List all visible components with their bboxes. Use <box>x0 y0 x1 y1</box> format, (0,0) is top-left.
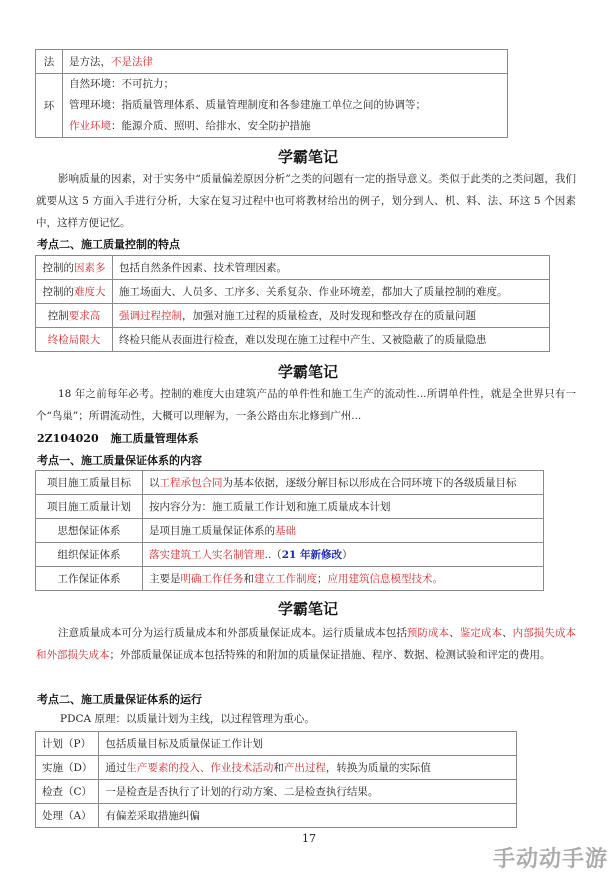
pdca-principle: PDCA 原理：以质量计划为主线，以过程管理为重心。 <box>60 711 315 726</box>
text-segment: 难度大 <box>74 286 106 298</box>
text-segment: 通过 <box>105 762 126 774</box>
text-segment: ） <box>342 549 353 561</box>
page-number: 17 <box>302 832 316 845</box>
row-label: 思想保证体系 <box>36 519 143 543</box>
table-row: 处理（A） 有偏差采取措施纠偏 <box>36 804 517 828</box>
content-line: 管理环境：指质量管理体系、质量管理制度和各参建施工单位之间的协调等； <box>69 95 501 116</box>
row-content: 终检只能从表面进行检查，难以发现在施工过程中产生、又被隐蔽了的质量隐患 <box>113 328 550 352</box>
text-segment: 包括自然条件因素、技术管理因素。 <box>119 262 287 274</box>
text-segment: 管理环境：指质量管理体系、质量管理制度和各参建施工单位之间的协调等； <box>69 99 426 111</box>
content-line: 作业环境：能源介质、照明、给排水、安全防护措施 <box>69 116 501 137</box>
text-segment: ：能源介质、照明、给排水、安全防护措施 <box>111 120 311 132</box>
text-segment: 为基本依据，逐级分解目标以形成在合同环境下的各级质量目标 <box>223 477 517 489</box>
text-segment: 21 年新修改 <box>282 549 342 561</box>
table-row: 思想保证体系 是项目施工质量保证体系的基础 <box>36 519 544 543</box>
row-content: 施工场面大、人员多、工序多、关系复杂、作业环境差，都加大了质量控制的难度。 <box>113 280 550 304</box>
text-segment: 按内容分为：施工质量工作计划和施工质量成本计划 <box>149 501 391 513</box>
chapter-code: 2Z104020 <box>37 432 99 445</box>
row-label: 控制要求高 <box>36 304 113 328</box>
row-content: 通过生产要素的投入、作业技术活动和产出过程，转换为质量的实际值 <box>99 756 517 780</box>
section-heading: 考点二、施工质量控制的特点 <box>37 236 180 252</box>
row-label: 控制的难度大 <box>36 280 113 304</box>
text-segment: 鉴定成本 <box>460 627 502 639</box>
table-row: 计划（P） 包括质量目标及质量保证工作计划 <box>36 732 517 756</box>
row-label: 项目施工质量计划 <box>36 495 143 519</box>
table-row: 工作保证体系 主要是明确工作任务和建立工作制度；应用建筑信息模型技术。 <box>36 567 544 591</box>
text-segment: ..（ <box>265 549 282 561</box>
text-segment: 落实建筑工人实名制管理 <box>149 549 265 561</box>
table-row: 控制要求高 强调过程控制，加强对施工过程的质量检查，及时发现和整改存在的质量问题 <box>36 304 550 328</box>
text-segment: 基础 <box>275 525 296 537</box>
text-segment: 包括质量目标及质量保证工作计划 <box>105 738 263 750</box>
note-title: 学霸笔记 <box>0 146 616 167</box>
text-segment: 是方法， <box>69 56 111 68</box>
text-segment: 终检只能从表面进行检查，难以发现在施工过程中产生、又被隐蔽了的质量隐患 <box>119 334 487 346</box>
content-line: 自然环境：不可抗力； <box>69 74 501 95</box>
text-segment: 强调过程控制 <box>119 310 182 322</box>
row-label: 工作保证体系 <box>36 567 143 591</box>
table-row-environment: 环 自然环境：不可抗力； 管理环境：指质量管理体系、质量管理制度和各参建施工单位… <box>36 74 508 138</box>
row-content: 按内容分为：施工质量工作计划和施工质量成本计划 <box>143 495 544 519</box>
row-content: 以工程承包合同为基本依据，逐级分解目标以形成在合同环境下的各级质量目标 <box>143 471 544 495</box>
text-segment: 终检局限大 <box>48 334 101 346</box>
text-segment: 施工场面大、人员多、工序多、关系复杂、作业环境差，都加大了质量控制的难度。 <box>119 286 508 298</box>
note-paragraph: 18 年之前每年必考。控制的难度大由建筑产品的单件性和施工生产的流动性...所谓… <box>36 383 576 427</box>
text-segment: 、 <box>502 627 513 639</box>
text-segment: 明确工作任务 <box>181 573 244 585</box>
text-segment: 作业环境 <box>69 120 111 132</box>
note-paragraph: 影响质量的因素，对于实务中“质量偏差原因分析”之类的问题有一定的指导意义。类似于… <box>36 168 576 234</box>
table-pdca-cycle: 计划（P） 包括质量目标及质量保证工作计划 实施（D） 通过生产要素的投入、作业… <box>35 731 517 828</box>
table-row: 组织保证体系 落实建筑工人实名制管理..（21 年新修改） <box>36 543 544 567</box>
row-content: 落实建筑工人实名制管理..（21 年新修改） <box>143 543 544 567</box>
row-label: 法 <box>36 50 63 74</box>
text-segment: 和 <box>244 573 255 585</box>
row-content: 主要是明确工作任务和建立工作制度；应用建筑信息模型技术。 <box>143 567 544 591</box>
text-segment: 控制 <box>48 310 69 322</box>
text-segment: 一是检查是否执行了计划的行动方案、二是检查执行结果。 <box>105 786 378 798</box>
row-content: 是方法，不是法律 <box>63 50 508 74</box>
row-label: 计划（P） <box>36 732 99 756</box>
chapter-heading: 2Z104020施工质量管理体系 <box>37 430 199 446</box>
row-content: 一是检查是否执行了计划的行动方案、二是检查执行结果。 <box>99 780 517 804</box>
text-segment: 和 <box>273 762 284 774</box>
text-segment: 控制的 <box>43 262 75 274</box>
text-segment: 注意质量成本可分为运行质量成本和外部质量保证成本。运行质量成本包括 <box>58 627 407 639</box>
row-label: 终检局限大 <box>36 328 113 352</box>
row-content: 自然环境：不可抗力； 管理环境：指质量管理体系、质量管理制度和各参建施工单位之间… <box>63 74 508 138</box>
table-row: 检查（C） 一是检查是否执行了计划的行动方案、二是检查执行结果。 <box>36 780 517 804</box>
text-segment: 不是法律 <box>111 56 153 68</box>
table-quality-control-characteristics: 控制的因素多 包括自然条件因素、技术管理因素。 控制的难度大 施工场面大、人员多… <box>35 255 550 352</box>
table-row: 实施（D） 通过生产要素的投入、作业技术活动和产出过程，转换为质量的实际值 <box>36 756 517 780</box>
section-heading: 考点一、施工质量保证体系的内容 <box>37 452 202 468</box>
chapter-title: 施工质量管理体系 <box>111 432 199 445</box>
row-label: 处理（A） <box>36 804 99 828</box>
text-segment: 是项目施工质量保证体系的 <box>149 525 275 537</box>
text-segment: ； <box>317 573 328 585</box>
text-segment: 建立工作制度 <box>254 573 317 585</box>
row-label: 实施（D） <box>36 756 99 780</box>
text-segment: 生产要素的投入、作业技术活动 <box>126 762 273 774</box>
text-segment: 自然环境：不可抗力； <box>69 78 174 90</box>
text-segment: 工程承包合同 <box>160 477 223 489</box>
table-row-method: 法 是方法，不是法律 <box>36 50 508 74</box>
text-segment: 主要是 <box>149 573 181 585</box>
text-segment: 应用建筑信息模型技术。 <box>328 573 444 585</box>
row-label: 组织保证体系 <box>36 543 143 567</box>
text-segment: 预防成本 <box>407 627 449 639</box>
table-row: 控制的因素多 包括自然条件因素、技术管理因素。 <box>36 256 550 280</box>
text-segment: 有偏差采取措施纠偏 <box>105 810 200 822</box>
table-row: 项目施工质量计划 按内容分为：施工质量工作计划和施工质量成本计划 <box>36 495 544 519</box>
row-label: 环 <box>36 74 63 138</box>
row-label: 项目施工质量目标 <box>36 471 143 495</box>
text-segment: ；外部质量保证成本包括特殊的和附加的质量保证措施、程序、数据、检测试验和评定的费… <box>110 649 551 661</box>
text-segment: 产出过程 <box>284 762 326 774</box>
table-row: 控制的难度大 施工场面大、人员多、工序多、关系复杂、作业环境差，都加大了质量控制… <box>36 280 550 304</box>
table-factors-method-environment: 法 是方法，不是法律 环 自然环境：不可抗力； 管理环境：指质量管理体系、质量管… <box>35 49 508 138</box>
row-content: 强调过程控制，加强对施工过程的质量检查，及时发现和整改存在的质量问题 <box>113 304 550 328</box>
row-content: 包括质量目标及质量保证工作计划 <box>99 732 517 756</box>
note-paragraph: 注意质量成本可分为运行质量成本和外部质量保证成本。运行质量成本包括预防成本、鉴定… <box>36 622 576 666</box>
text-segment: 控制的 <box>43 286 75 298</box>
row-content: 包括自然条件因素、技术管理因素。 <box>113 256 550 280</box>
table-row: 项目施工质量目标 以工程承包合同为基本依据，逐级分解目标以形成在合同环境下的各级… <box>36 471 544 495</box>
note-title: 学霸笔记 <box>0 361 616 382</box>
row-content: 有偏差采取措施纠偏 <box>99 804 517 828</box>
text-segment: 因素多 <box>74 262 106 274</box>
table-row: 终检局限大 终检只能从表面进行检查，难以发现在施工过程中产生、又被隐蔽了的质量隐… <box>36 328 550 352</box>
text-segment: 、 <box>449 627 460 639</box>
table-quality-assurance-system: 项目施工质量目标 以工程承包合同为基本依据，逐级分解目标以形成在合同环境下的各级… <box>35 470 544 591</box>
note-title: 学霸笔记 <box>0 598 616 619</box>
text-segment: ，加强对施工过程的质量检查，及时发现和整改存在的质量问题 <box>182 310 476 322</box>
section-heading: 考点二、施工质量保证体系的运行 <box>37 691 202 707</box>
row-label: 控制的因素多 <box>36 256 113 280</box>
text-segment: 要求高 <box>69 310 101 322</box>
row-label: 检查（C） <box>36 780 99 804</box>
text-segment: 以 <box>149 477 160 489</box>
row-content: 是项目施工质量保证体系的基础 <box>143 519 544 543</box>
text-segment: ，转换为质量的实际值 <box>326 762 431 774</box>
watermark-logo: 手动动手游 <box>493 842 608 873</box>
